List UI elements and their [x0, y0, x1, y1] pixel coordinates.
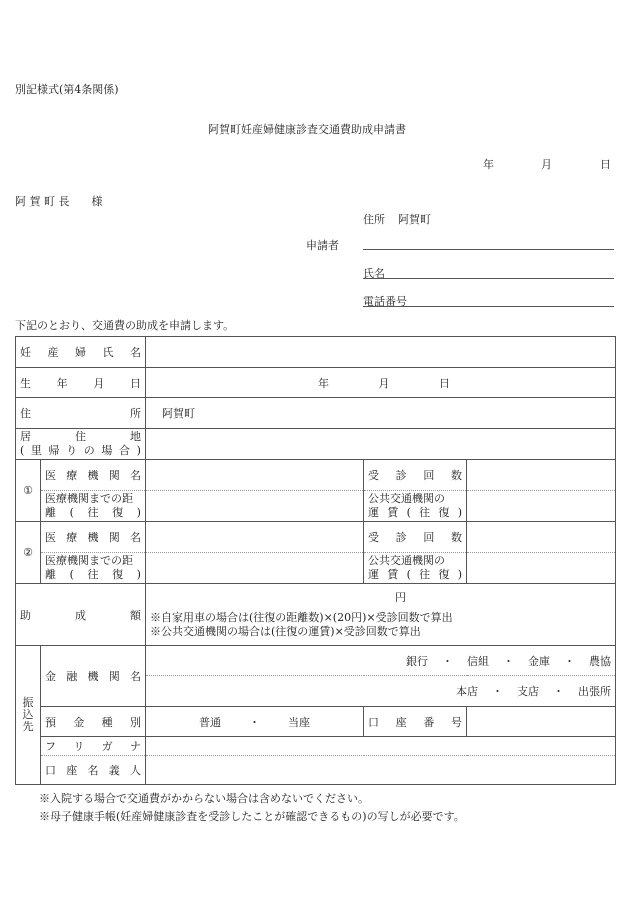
pregnant-name-label: 妊産婦氏名	[16, 337, 146, 368]
birthdate-label: 生年月日	[16, 368, 146, 398]
date-month-label: 月	[541, 156, 552, 172]
birthdate-field[interactable]: 年 月 日	[146, 368, 616, 398]
branch-type-field[interactable]: 本店・支店・出張所	[146, 676, 616, 707]
addressee: 阿 賀 町 長 様	[15, 193, 103, 209]
transfer-label: 振込先	[16, 646, 41, 785]
date-day-label: 日	[600, 156, 611, 172]
institution-1-marker: ①	[16, 460, 41, 522]
applicant-label: 申請者	[306, 237, 339, 253]
applicant-phone-line[interactable]	[363, 306, 614, 307]
institution-2-distance-label: 医療機関までの距 離(往復)	[41, 553, 146, 584]
footnote-handbook-copy: ※母子健康手帳(妊産婦健康診査を受診したことが確認できるもの)の写しが必要です。	[39, 808, 465, 824]
applicant-address-line[interactable]	[363, 249, 614, 250]
institution-1-distance-field[interactable]	[146, 491, 364, 522]
applicant-address-value[interactable]: 阿賀町	[398, 211, 431, 227]
date-year-label: 年	[483, 156, 494, 172]
address-label: 住所	[16, 398, 146, 429]
deposit-type-field[interactable]: 普通・当座	[146, 707, 364, 737]
institution-2-fare-field[interactable]	[467, 553, 616, 584]
subsidy-label: 助成額	[16, 584, 146, 646]
institution-1-name-field[interactable]	[146, 460, 364, 491]
institution-2-fare-label: 公共交通機関の 運賃(往復)	[364, 553, 467, 584]
row-birthdate: 生年月日 年 月 日	[16, 368, 616, 398]
institution-2-visits-label: 受診回数	[364, 522, 467, 553]
row-subsidy: 助成額 円 ※自家用車の場合は(往復の距離数)×(20円)×受診回数で算出 ※公…	[16, 584, 616, 646]
form-reference: 別記様式(第4条関係)	[15, 81, 119, 97]
applicant-name-line[interactable]	[363, 278, 614, 279]
institution-1-visits-label: 受診回数	[364, 460, 467, 491]
institution-2-marker: ②	[16, 522, 41, 584]
subsidy-note-public: ※公共交通機関の場合は(往復の運賃)×受診回数で算出	[150, 625, 611, 639]
account-holder-label: 口座名義人	[41, 756, 146, 785]
row-institution-2-distance: 医療機関までの距 離(往復) 公共交通機関の 運賃(往復)	[16, 553, 616, 584]
institution-1-name-label: 医療機関名	[41, 460, 146, 491]
row-account-holder: 口座名義人	[16, 756, 616, 785]
bank-name-label: 金融機関名	[41, 646, 146, 707]
institution-1-fare-field[interactable]	[467, 491, 616, 522]
subsidy-unit: 円	[395, 591, 611, 605]
furigana-label: フリガナ	[41, 737, 146, 756]
deposit-type-label: 預金種別	[41, 707, 146, 737]
row-deposit-type: 預金種別 普通・当座 口座番号	[16, 707, 616, 737]
pregnant-name-field[interactable]	[146, 337, 616, 368]
account-holder-field[interactable]	[146, 756, 616, 785]
subsidy-field[interactable]: 円 ※自家用車の場合は(往復の距離数)×(20円)×受診回数で算出 ※公共交通機…	[146, 584, 616, 646]
applicant-address-label: 住所	[363, 211, 385, 227]
institution-1-visits-field[interactable]	[467, 460, 616, 491]
institution-2-visits-field[interactable]	[467, 522, 616, 553]
account-number-field[interactable]	[467, 707, 616, 737]
row-residence: 居住地 (里帰りの場合)	[16, 429, 616, 460]
document-title: 阿賀町妊産婦健康診査交通費助成申請書	[208, 121, 406, 137]
residence-field[interactable]	[146, 429, 616, 460]
row-institution-1-distance: 医療機関までの距 離(往復) 公共交通機関の 運賃(往復)	[16, 491, 616, 522]
row-address: 住所 阿賀町	[16, 398, 616, 429]
row-pregnant-name: 妊産婦氏名	[16, 337, 616, 368]
bank-type-field[interactable]: 銀行・信組・金庫・農協	[146, 646, 616, 676]
institution-1-fare-label: 公共交通機関の 運賃(往復)	[364, 491, 467, 522]
row-institution-2-name: ② 医療機関名 受診回数	[16, 522, 616, 553]
subsidy-note-car: ※自家用車の場合は(往復の距離数)×(20円)×受診回数で算出	[150, 611, 611, 625]
residence-label: 居住地 (里帰りの場合)	[16, 429, 146, 460]
intro-text: 下記のとおり、交通費の助成を申請します。	[15, 317, 234, 333]
furigana-field[interactable]	[146, 737, 616, 756]
institution-1-distance-label: 医療機関までの距 離(往復)	[41, 491, 146, 522]
row-bank-name-1: 振込先 金融機関名 銀行・信組・金庫・農協	[16, 646, 616, 676]
address-field[interactable]: 阿賀町	[146, 398, 616, 429]
application-table: 妊産婦氏名 生年月日 年 月 日 住所 阿賀町 居住地 (里帰りの場合) ① 医…	[15, 336, 616, 785]
footnote-hospitalization: ※入院する場合で交通費がかからない場合は含めないでください。	[39, 790, 369, 806]
institution-2-distance-field[interactable]	[146, 553, 364, 584]
institution-2-name-field[interactable]	[146, 522, 364, 553]
institution-2-name-label: 医療機関名	[41, 522, 146, 553]
row-furigana: フリガナ	[16, 737, 616, 756]
account-number-label: 口座番号	[364, 707, 467, 737]
row-institution-1-name: ① 医療機関名 受診回数	[16, 460, 616, 491]
